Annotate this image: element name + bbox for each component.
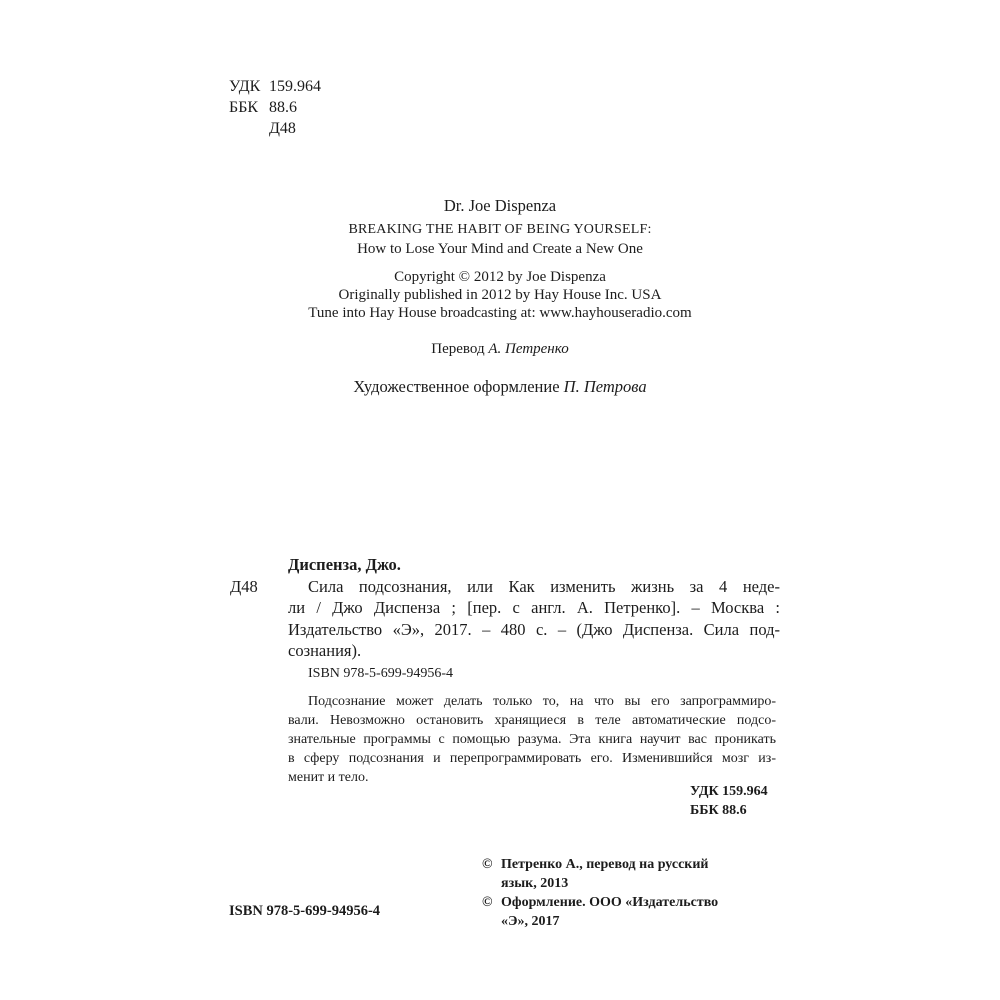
bibliographic-record: Диспенза, Джо. Д48 Сила подсознания, или… bbox=[230, 554, 780, 662]
bbk-value: 88.6 bbox=[269, 97, 297, 118]
published-line: Originally published in 2012 by Hay Hous… bbox=[0, 287, 1000, 304]
original-title: BREAKING THE HABIT OF BEING YOURSELF: bbox=[0, 222, 1000, 238]
translation-credit: Перевод А. Петренко bbox=[0, 341, 1000, 358]
copyright-text: Петренко А., перевод на русский bbox=[501, 855, 718, 874]
record-body: Д48 Сила подсознания, или Как изменить ж… bbox=[230, 576, 780, 662]
broadcast-line: Tune into Hay House broadcasting at: www… bbox=[0, 305, 1000, 322]
classification-udk: УДК 159.964 bbox=[690, 782, 768, 801]
copyright-line: Copyright © 2012 by Joe Dispenza bbox=[0, 269, 1000, 286]
isbn-bottom: ISBN 978-5-699-94956-4 bbox=[229, 903, 380, 920]
copyright-icon: © bbox=[482, 855, 492, 874]
design-label: Художественное оформление bbox=[353, 377, 559, 396]
copyright-design: © Оформление. ООО «Издательство «Э», 201… bbox=[482, 893, 718, 931]
udk-label: УДК bbox=[229, 76, 269, 97]
original-subtitle: How to Lose Your Mind and Create a New O… bbox=[0, 241, 1000, 258]
copyright-text: Оформление. ООО «Издательство bbox=[501, 893, 718, 912]
annotation-line: Подсознание может делать только то, на ч… bbox=[288, 692, 776, 711]
annotation-line: вали. Невозможно остановить хранящиеся в… bbox=[288, 711, 776, 730]
classification-bbk: ББК 88.6 bbox=[690, 801, 768, 820]
annotation: Подсознание может делать только то, на ч… bbox=[288, 692, 776, 787]
udk-row: УДК 159.964 bbox=[229, 76, 321, 97]
copyright-text: «Э», 2017 bbox=[501, 912, 718, 931]
original-author: Dr. Joe Dispenza bbox=[0, 196, 1000, 216]
copyright-translation: © Петренко А., перевод на русский язык, … bbox=[482, 855, 718, 893]
annotation-line: в сферу подсознания и перепрограммироват… bbox=[288, 749, 776, 768]
author-mark: Д48 bbox=[229, 118, 321, 139]
record-author: Диспенза, Джо. bbox=[230, 554, 780, 576]
record-line: Сила подсознания, или Как изменить жизнь… bbox=[288, 576, 780, 598]
copyright-notices: © Петренко А., перевод на русский язык, … bbox=[482, 855, 718, 931]
translator-name: А. Петренко bbox=[488, 341, 568, 357]
record-line: ли / Джо Диспенза ; [пер. с англ. А. Пет… bbox=[288, 597, 780, 619]
record-line: сознания). bbox=[288, 640, 780, 662]
record-code: Д48 bbox=[230, 576, 258, 598]
designer-name: П. Петрова bbox=[564, 377, 647, 396]
classification-codes: УДК 159.964 ББК 88.6 bbox=[690, 782, 768, 820]
copyright-text: язык, 2013 bbox=[501, 874, 718, 893]
library-codes: УДК 159.964 ББК 88.6 Д48 bbox=[229, 76, 321, 139]
bbk-label: ББК bbox=[229, 97, 269, 118]
translation-label: Перевод bbox=[431, 341, 484, 357]
record-line: Издательство «Э», 2017. – 480 с. – (Джо … bbox=[288, 619, 780, 641]
record-isbn: ISBN 978-5-699-94956-4 bbox=[308, 666, 453, 682]
design-credit: Художественное оформление П. Петрова bbox=[0, 377, 1000, 397]
annotation-line: знательные программы с помощью разума. Э… bbox=[288, 730, 776, 749]
copyright-icon: © bbox=[482, 893, 492, 912]
bbk-row: ББК 88.6 bbox=[229, 97, 321, 118]
udk-value: 159.964 bbox=[269, 76, 321, 97]
